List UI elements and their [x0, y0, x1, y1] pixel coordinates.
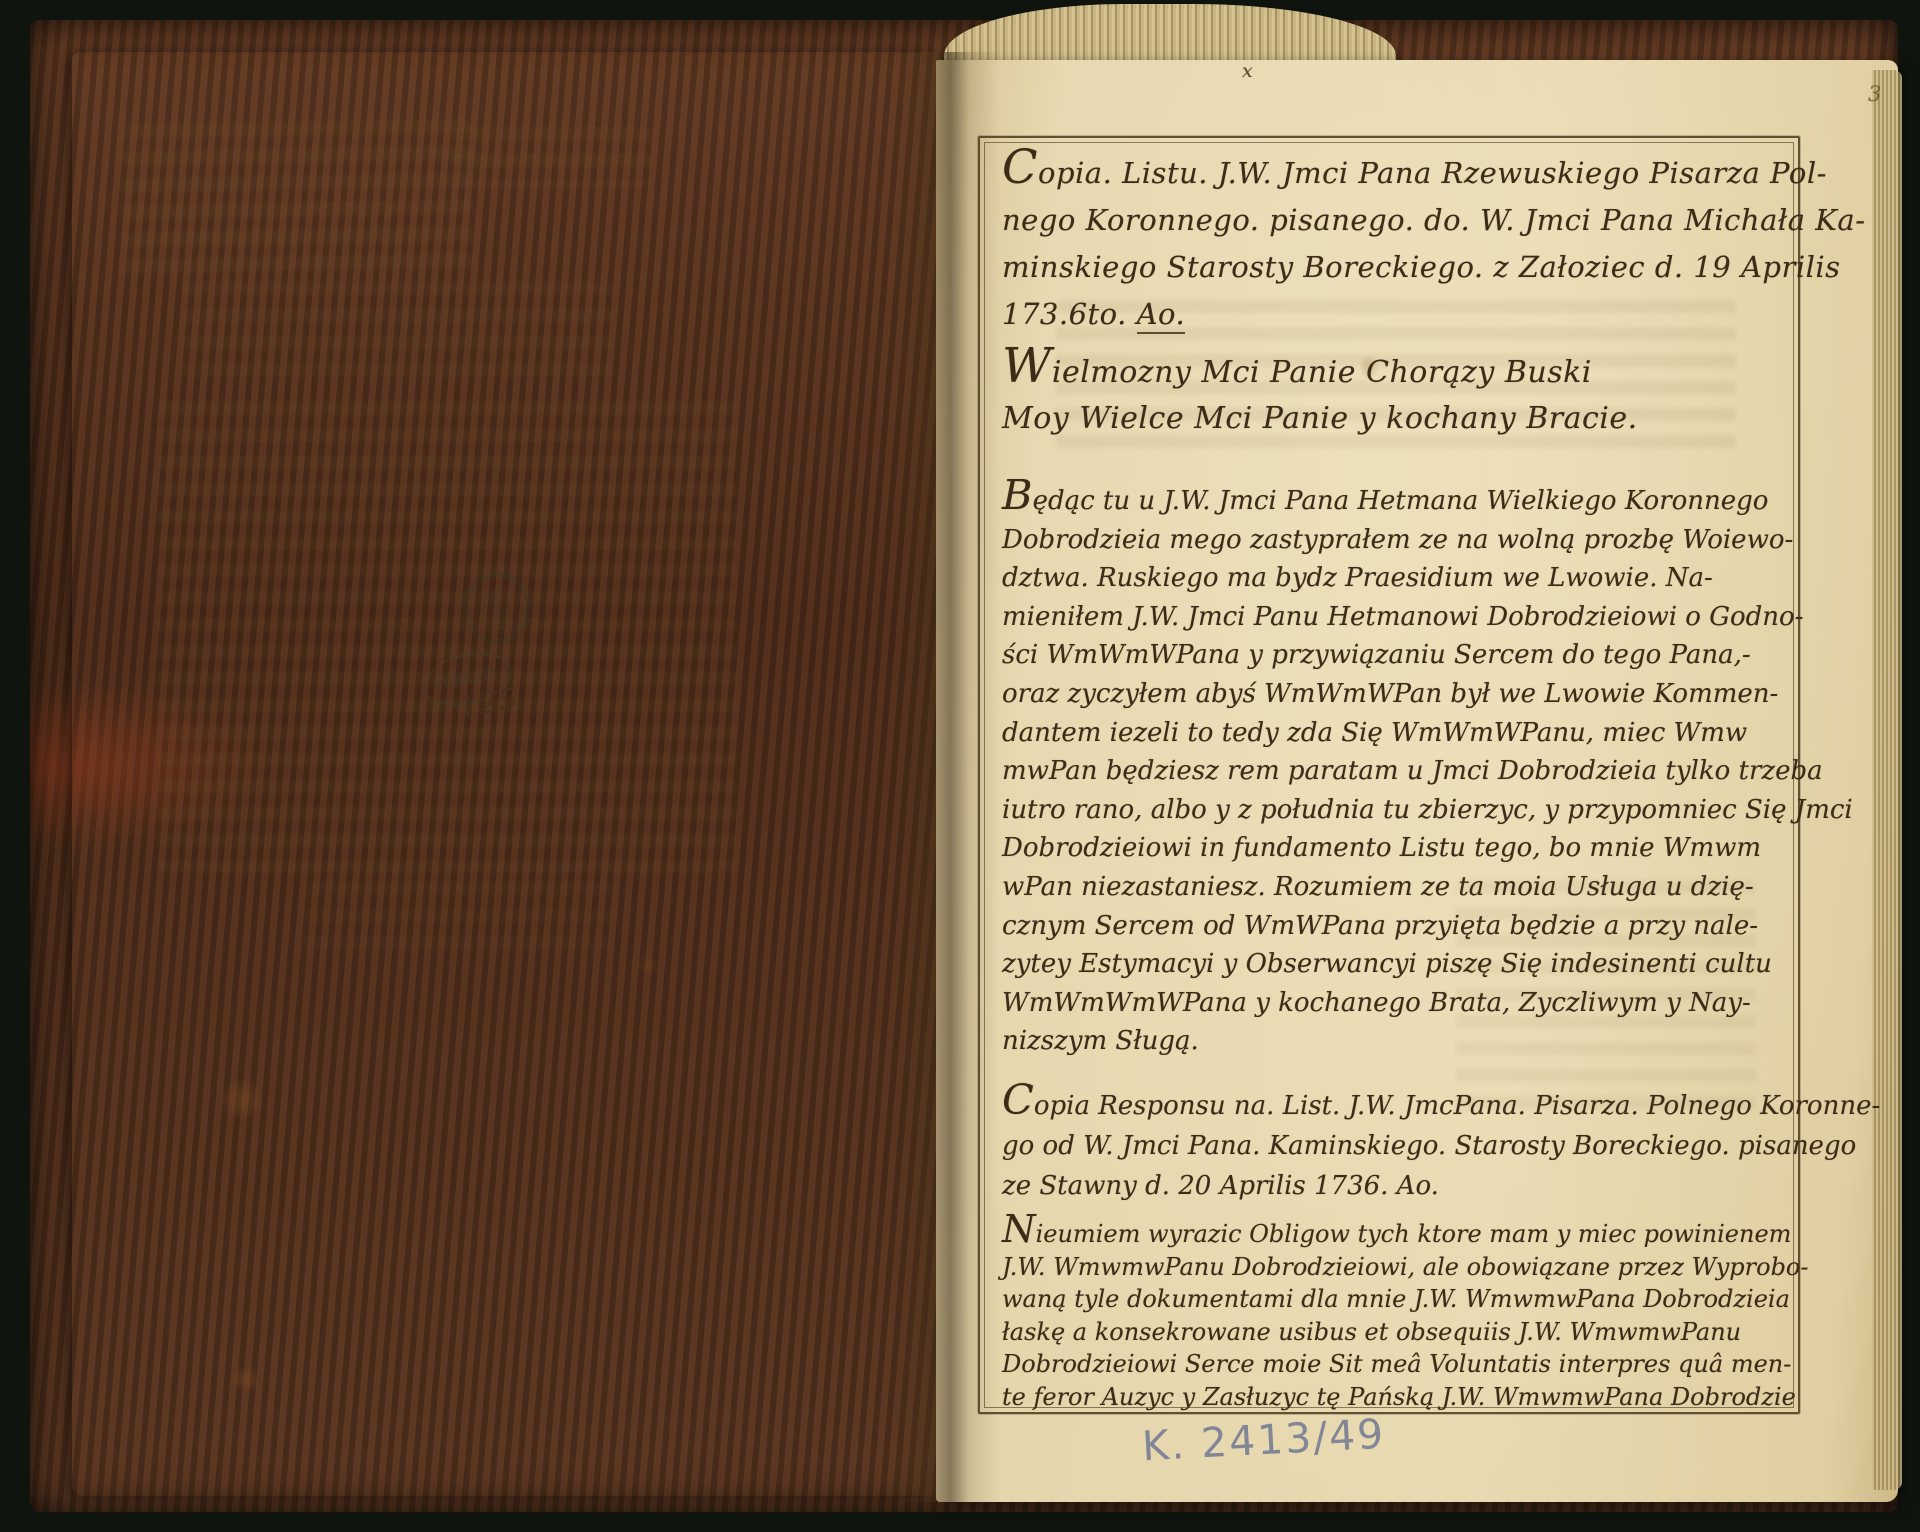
paper-stain [632, 952, 662, 978]
letter1-body: Będąc tu u J.W. Jmci Pana Hetmana Wielki… [1002, 482, 1853, 1061]
manuscript-line: ści WmWmWPana y przywiązaniu Sercem do t… [1002, 636, 1853, 675]
folio-number: 3 [1868, 82, 1881, 106]
manuscript-line: Moy Wielce Mci Panie y kochany Bracie. [1002, 396, 1638, 442]
letter1-heading: Copia. Listu. J.W. Jmci Pana Rzewuskiego… [1002, 150, 1866, 338]
manuscript-line: waną tyle dokumentami dla mnie J.W. Wmwm… [1002, 1283, 1808, 1316]
fore-edge-pages [1872, 70, 1902, 1490]
letter2-heading: Copia Responsu na. List. J.W. JmcPana. P… [1002, 1086, 1880, 1206]
manuscript-line: Nieumiem wyrazic Obligow tych ktore mam … [1002, 1218, 1808, 1251]
bleedthrough-text [182, 282, 612, 377]
bleedthrough-text [121, 119, 474, 275]
manuscript-line: te feror Auzyc y Zasłuzyc tę Pańską J.W.… [1002, 1381, 1808, 1414]
date-prefix: 173.6to. [1002, 297, 1137, 331]
manuscript-line: Copia. Listu. J.W. Jmci Pana Rzewuskiego… [1002, 150, 1866, 197]
collation-mark: x [1242, 60, 1253, 82]
manuscript-line: go od W. Jmci Pana. Kaminskiego. Starost… [1002, 1126, 1880, 1166]
manuscript-line: nego Koronnego. pisanego. do. W. Jmci Pa… [1002, 197, 1866, 244]
manuscript-line: cznym Sercem od WmWPana przyięta będzie … [1002, 907, 1853, 946]
manuscript-line: dztwa. Ruskiego ma bydz Praesidium we Lw… [1002, 559, 1853, 598]
manuscript-line: łaskę a konsekrowane usibus et obsequiis… [1002, 1316, 1808, 1349]
bleedthrough-text [452, 127, 652, 187]
paper-stain [227, 1362, 265, 1396]
manuscript-line: WmWmWmWPana y kochanego Brata, Zyczliwym… [1002, 984, 1853, 1023]
scanned-book-spread: 125 x 3 Copia. Listu. J.W. Jmci Pana Rze… [0, 0, 1920, 1532]
manuscript-line: J.W. WmwmwPanu Dobrodzieiowi, ale obowią… [1002, 1251, 1808, 1284]
manuscript-line: iutro rano, albo y z południa tu zbierzy… [1002, 791, 1853, 830]
letter1-salutation: Wielmozny Mci Panie Chorązy Buski Moy Wi… [1002, 350, 1638, 442]
manuscript-line: dantem iezeli to tedy zda Się WmWmWPanu,… [1002, 714, 1853, 753]
paper-stain [212, 1072, 272, 1127]
manuscript-line: Będąc tu u J.W. Jmci Pana Hetmana Wielki… [1002, 482, 1853, 521]
manuscript-line: minskiego Starosty Boreckiego. z Załozie… [1002, 244, 1866, 291]
manuscript-line: Dobrodzieiowi in fundamento Listu tego, … [1002, 829, 1853, 868]
manuscript-date-line: 173.6to. Ao. [1002, 291, 1866, 338]
manuscript-line: mieniłem J.W. Jmci Panu Hetmanowi Dobrod… [1002, 598, 1853, 637]
date-underlined: Ao. [1137, 297, 1186, 334]
manuscript-line: Dobrodzieia mego zastyprałem ze na wolną… [1002, 521, 1853, 560]
manuscript-line: ze Stawny d. 20 Aprilis 1736. Ao. [1002, 1166, 1880, 1206]
left-page: 125 [72, 52, 938, 1496]
bleedthrough-text [157, 402, 737, 872]
manuscript-line: oraz zyczyłem abyś WmWmWPan był we Lwowi… [1002, 675, 1853, 714]
manuscript-line: mwPan będziesz rem paratam u Jmci Dobrod… [1002, 752, 1853, 791]
letter2-body: Nieumiem wyrazic Obligow tych ktore mam … [1002, 1218, 1808, 1413]
manuscript-line: Wielmozny Mci Panie Chorązy Buski [1002, 350, 1638, 396]
manuscript-line: Dobrodzieiowi Serce moie Sit meâ Volunta… [1002, 1348, 1808, 1381]
manuscript-line: Copia Responsu na. List. J.W. JmcPana. P… [1002, 1086, 1880, 1126]
manuscript-line: nizszym Sługą. [1002, 1022, 1853, 1061]
manuscript-line: wPan niezastaniesz. Rozumiem ze ta moia … [1002, 868, 1853, 907]
manuscript-line: zytey Estymacyi y Obserwancyi piszę Się … [1002, 945, 1853, 984]
bleedthrough-text [302, 882, 612, 952]
